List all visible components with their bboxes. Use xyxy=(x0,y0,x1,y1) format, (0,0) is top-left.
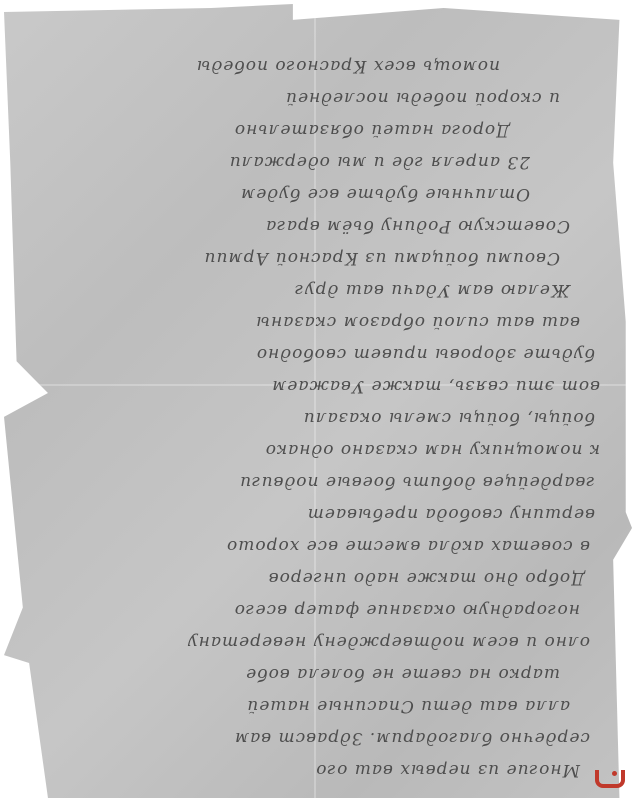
handwritten-line: к помощнику нам сказано однако xyxy=(265,440,600,460)
handwritten-line: Советскую Родину бьём врага xyxy=(265,216,570,236)
handwritten-line: Желаю вам Удачи ваш друг xyxy=(294,280,570,300)
handwritten-line: шарко на свете не болела вобе xyxy=(245,664,560,684)
handwritten-line: сердечно благодарим. Здравст вам xyxy=(234,728,590,748)
handwritten-line: олно и всем подтверждену неверетану xyxy=(187,632,590,652)
handwritten-line: Многие из первых ваш ого xyxy=(315,760,580,780)
handwritten-line: алла ваш дети Спасиные нашей xyxy=(246,696,570,716)
handwritten-line: 23 апреля где и мы одержали xyxy=(229,152,530,172)
handwritten-line: будьте здоровы привет свободно xyxy=(256,344,595,364)
handwritten-line: вот эти связь, также Уважаем xyxy=(271,376,600,396)
handwritten-line: Отличные будьте все будем xyxy=(240,184,530,204)
handwritten-line: Дорога нашей обязательно xyxy=(234,120,510,140)
handwritten-line: гвардейцев добить боевые подвиги xyxy=(239,472,595,492)
brand-logo-icon xyxy=(595,770,625,788)
handwritten-line: вершину свобода пребывает xyxy=(307,504,595,524)
handwritten-line: бойцы, бойцы смелы оказали xyxy=(303,408,595,428)
handwritten-text-block: Многие из первых ваш ого сердечно благод… xyxy=(20,20,620,780)
handwritten-line: ногорадную оказание фашер всего xyxy=(234,600,580,620)
handwritten-line: ваш ваш силой образом сказаны xyxy=(255,312,580,332)
handwritten-line: Добро дно также надо ингеров xyxy=(268,568,585,588)
handwritten-line: в советах акдла вместе все хорошо xyxy=(226,536,590,556)
handwritten-line: и скорой победы последней xyxy=(285,88,560,108)
handwritten-line: помощь всех Красного победы xyxy=(196,56,500,76)
handwritten-line: Своими бойцами из Красной Армии xyxy=(204,248,560,268)
